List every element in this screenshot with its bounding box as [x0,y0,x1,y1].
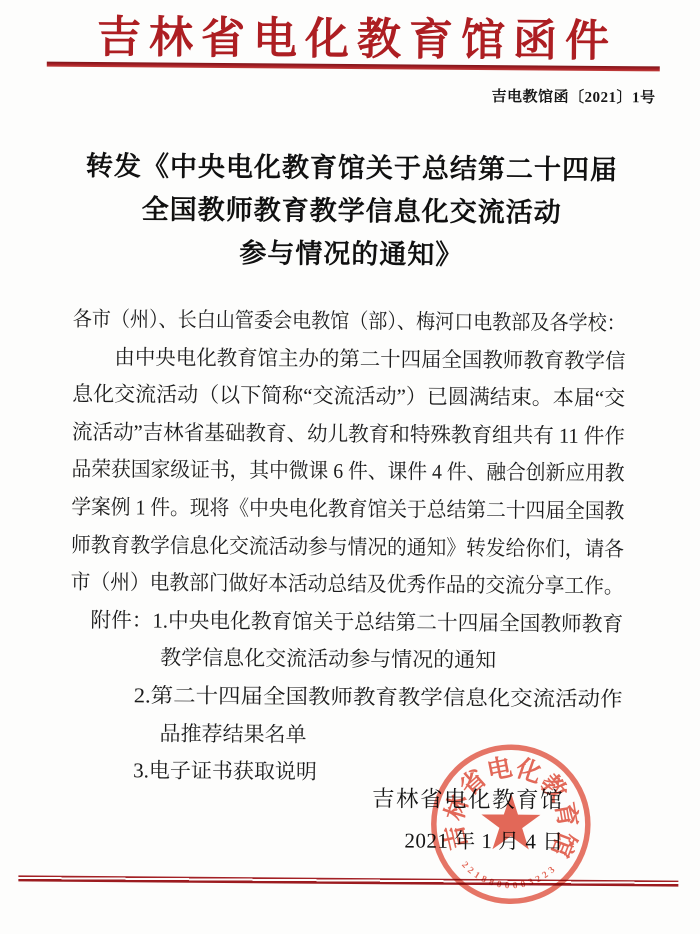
body-line: 品荣获国家级证书，其中微课 6 件、课件 4 件、融合创新应用教 [71,451,624,493]
body-line: 息化交流活动（以下简称“交流活动”）已圆满结束。本届“交 [72,376,625,418]
body-line: 由中央电化教育馆主办的第二十四届全国教师教育教学信 [72,338,625,380]
attachment-heading-line: 附件：1.中央电化教育馆关于总结第二十四届全国教师教育 [70,602,623,644]
attachment-item-2: 2.第二十四届全国教师教育教学信息化交流活动作 [70,677,623,719]
body-line: 市（州）电教部门做好本活动总结及优秀作品的交流分享工作。 [71,564,624,606]
paper-sheet: 吉林省电化教育馆函件 吉电教馆函〔2021〕1号 转发《中央电化教育馆关于总结第… [0,0,700,934]
official-seal: 吉林省电化教育馆 2218800003223 [409,722,613,926]
body-line: 学案例 1 件。现将《中央电化教育馆关于总结第二十四届全国教 [71,489,624,531]
scanned-letter-page: 吉林省电化教育馆函件 吉电教馆函〔2021〕1号 转发《中央电化教育馆关于总结第… [0,0,700,934]
body-text: 各市（州）、长白山管委会电教馆（部）、梅河口电教部及各学校： 由中央电化教育馆主… [69,301,626,794]
letterhead-title: 吉林省电化教育馆函件 [3,0,700,69]
seal-star-icon [481,793,540,850]
body-line: 师教育教学信息化交流活动参与情况的通知》转发给你们，请各 [71,526,624,568]
title-line-2: 全国教师教育教学信息化交流活动 [41,188,661,236]
salutation-line: 各市（州）、长白山管委会电教馆（部）、梅河口电教部及各学校： [73,301,626,343]
document-number: 吉电教馆函〔2021〕1号 [491,85,655,107]
body-line: 流活动”吉林省基础教育、幼儿教育和特殊教育组共有 11 件作 [72,414,625,456]
title-line-3: 参与情况的通知》 [41,231,661,279]
title-line-1: 转发《中央电化教育馆关于总结第二十四届 [42,145,662,193]
document-title: 转发《中央电化教育馆关于总结第二十四届 全国教师教育教学信息化交流活动 参与情况… [41,145,662,279]
attachment-item-1-wrap: 教学信息化交流活动参与情况的通知 [70,639,623,681]
seal-code: 2218800003223 [459,860,560,892]
